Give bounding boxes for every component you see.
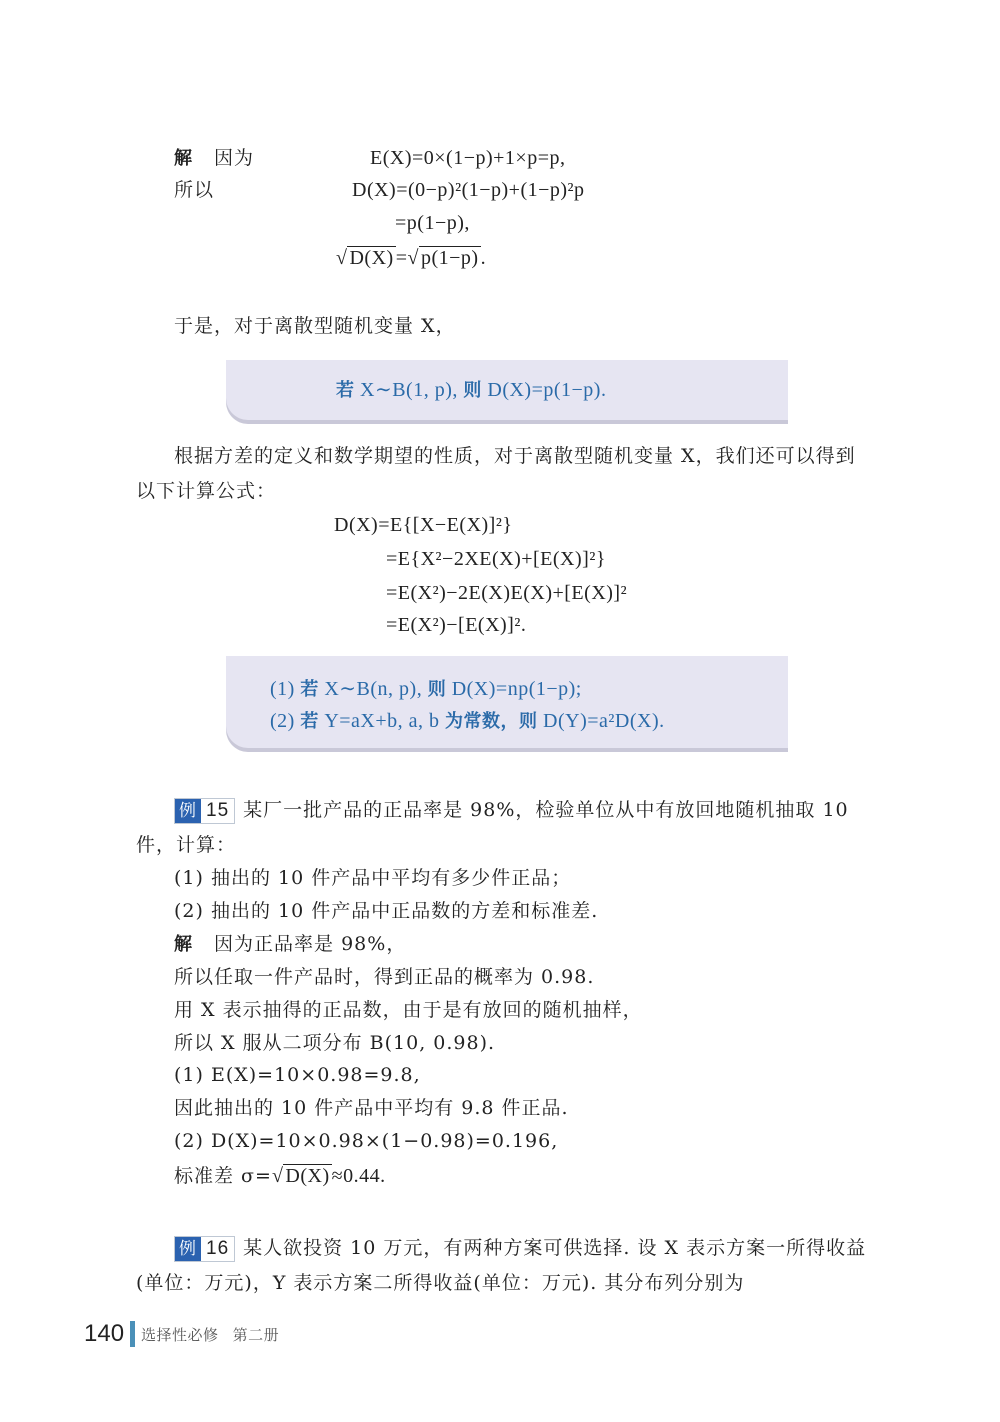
example-16-line-2: (单位：万元)，Y 表示方案二所得收益(单位：万元). 其分布列分别为 — [136, 1270, 744, 1296]
example-16-line-1: 例16 某人欲投资 10 万元，有两种方案可供选择. 设 X 表示方案一所得收益 — [174, 1235, 866, 1262]
solution-header: 解 因为 — [174, 145, 254, 172]
example-15-solution-line-7: (2) D(X)=10×0.98×(1−0.98)=0.196, — [174, 1128, 558, 1154]
example-15-solution-line-5: (1) E(X)=10×0.98=9.8, — [174, 1062, 421, 1088]
footer-divider — [130, 1321, 135, 1347]
sqrt-left: √D(X) — [336, 245, 396, 271]
example-15-std-line: 标准差 σ=√D(X)≈0.44. — [174, 1163, 386, 1189]
example-15-question-1: (1) 抽出的 10 件产品中平均有多少件正品； — [174, 865, 571, 891]
callout-bernoulli-text: 若 X∼B(1, p), 则 D(X)=p(1−p). — [336, 377, 606, 404]
conclusion-text: 于是，对于离散型随机变量 X， — [174, 313, 456, 339]
property-2: (2) 若 Y=aX+b, a, b 为常数，则 D(Y)=a²D(X). — [270, 708, 665, 735]
derivation-line-2: =E{X²−2XE(X)+[E(X)]²} — [386, 546, 606, 572]
example-15-badge: 例15 — [174, 798, 235, 824]
derivation-line-1: D(X)=E{[X−E(X)]²} — [334, 512, 512, 538]
so-text: 所以 — [174, 177, 214, 203]
sqrt-right: √p(1−p) — [407, 245, 480, 271]
derivation-line-4: =E(X²)−[E(X)]². — [386, 612, 526, 638]
because-text: 因为 — [214, 147, 254, 169]
equation-expectation: E(X)=0×(1−p)+1×p=p, — [370, 145, 565, 171]
paragraph-line-2: 以下计算公式： — [136, 478, 276, 504]
derivation-line-3: =E(X²)−2E(X)E(X)+[E(X)]² — [386, 580, 627, 606]
example-15-solution-line-3: 用 X 表示抽得的正品数，由于是有放回的随机抽样， — [174, 997, 643, 1023]
solution-label: 解 — [174, 934, 193, 955]
property-1: (1) 若 X∼B(n, p), 则 D(X)=np(1−p); — [270, 676, 582, 703]
example-15-solution-line-2: 所以任取一件产品时，得到正品的概率为 0.98. — [174, 964, 594, 990]
sqrt-std: √D(X) — [272, 1163, 332, 1189]
page-number: 140 — [84, 1320, 124, 1348]
example-15-solution-line-1: 解 因为正品率是 98%， — [174, 931, 406, 958]
example-15-solution-line-4: 所以 X 服从二项分布 B(10, 0.98). — [174, 1030, 495, 1056]
equation-std: √D(X)=√p(1−p). — [336, 245, 486, 271]
example-15-line-1: 例15 某厂一批产品的正品率是 98%，检验单位从中有放回地随机抽取 10 — [174, 797, 849, 824]
paragraph-line-1: 根据方差的定义和数学期望的性质，对于离散型随机变量 X，我们还可以得到 — [174, 443, 856, 469]
page-footer: 140 选择性必修第二册 — [84, 1320, 279, 1348]
equation-variance: D(X)=(0−p)²(1−p)+(1−p)²p — [352, 177, 585, 203]
callout-bernoulli: 若 X∼B(1, p), 则 D(X)=p(1−p). — [226, 360, 788, 420]
equation-variance-simplified: =p(1−p), — [395, 210, 470, 236]
book-title: 选择性必修第二册 — [141, 1324, 279, 1345]
example-15-line-2: 件，计算： — [136, 832, 236, 858]
callout-variance-properties: (1) 若 X∼B(n, p), 则 D(X)=np(1−p); (2) 若 Y… — [226, 656, 788, 748]
example-15-question-2: (2) 抽出的 10 件产品中正品数的方差和标准差. — [174, 898, 598, 924]
solution-label: 解 — [174, 148, 193, 169]
example-16-badge: 例16 — [174, 1236, 235, 1262]
example-15-solution-line-6: 因此抽出的 10 件产品中平均有 9.8 件正品. — [174, 1095, 569, 1121]
